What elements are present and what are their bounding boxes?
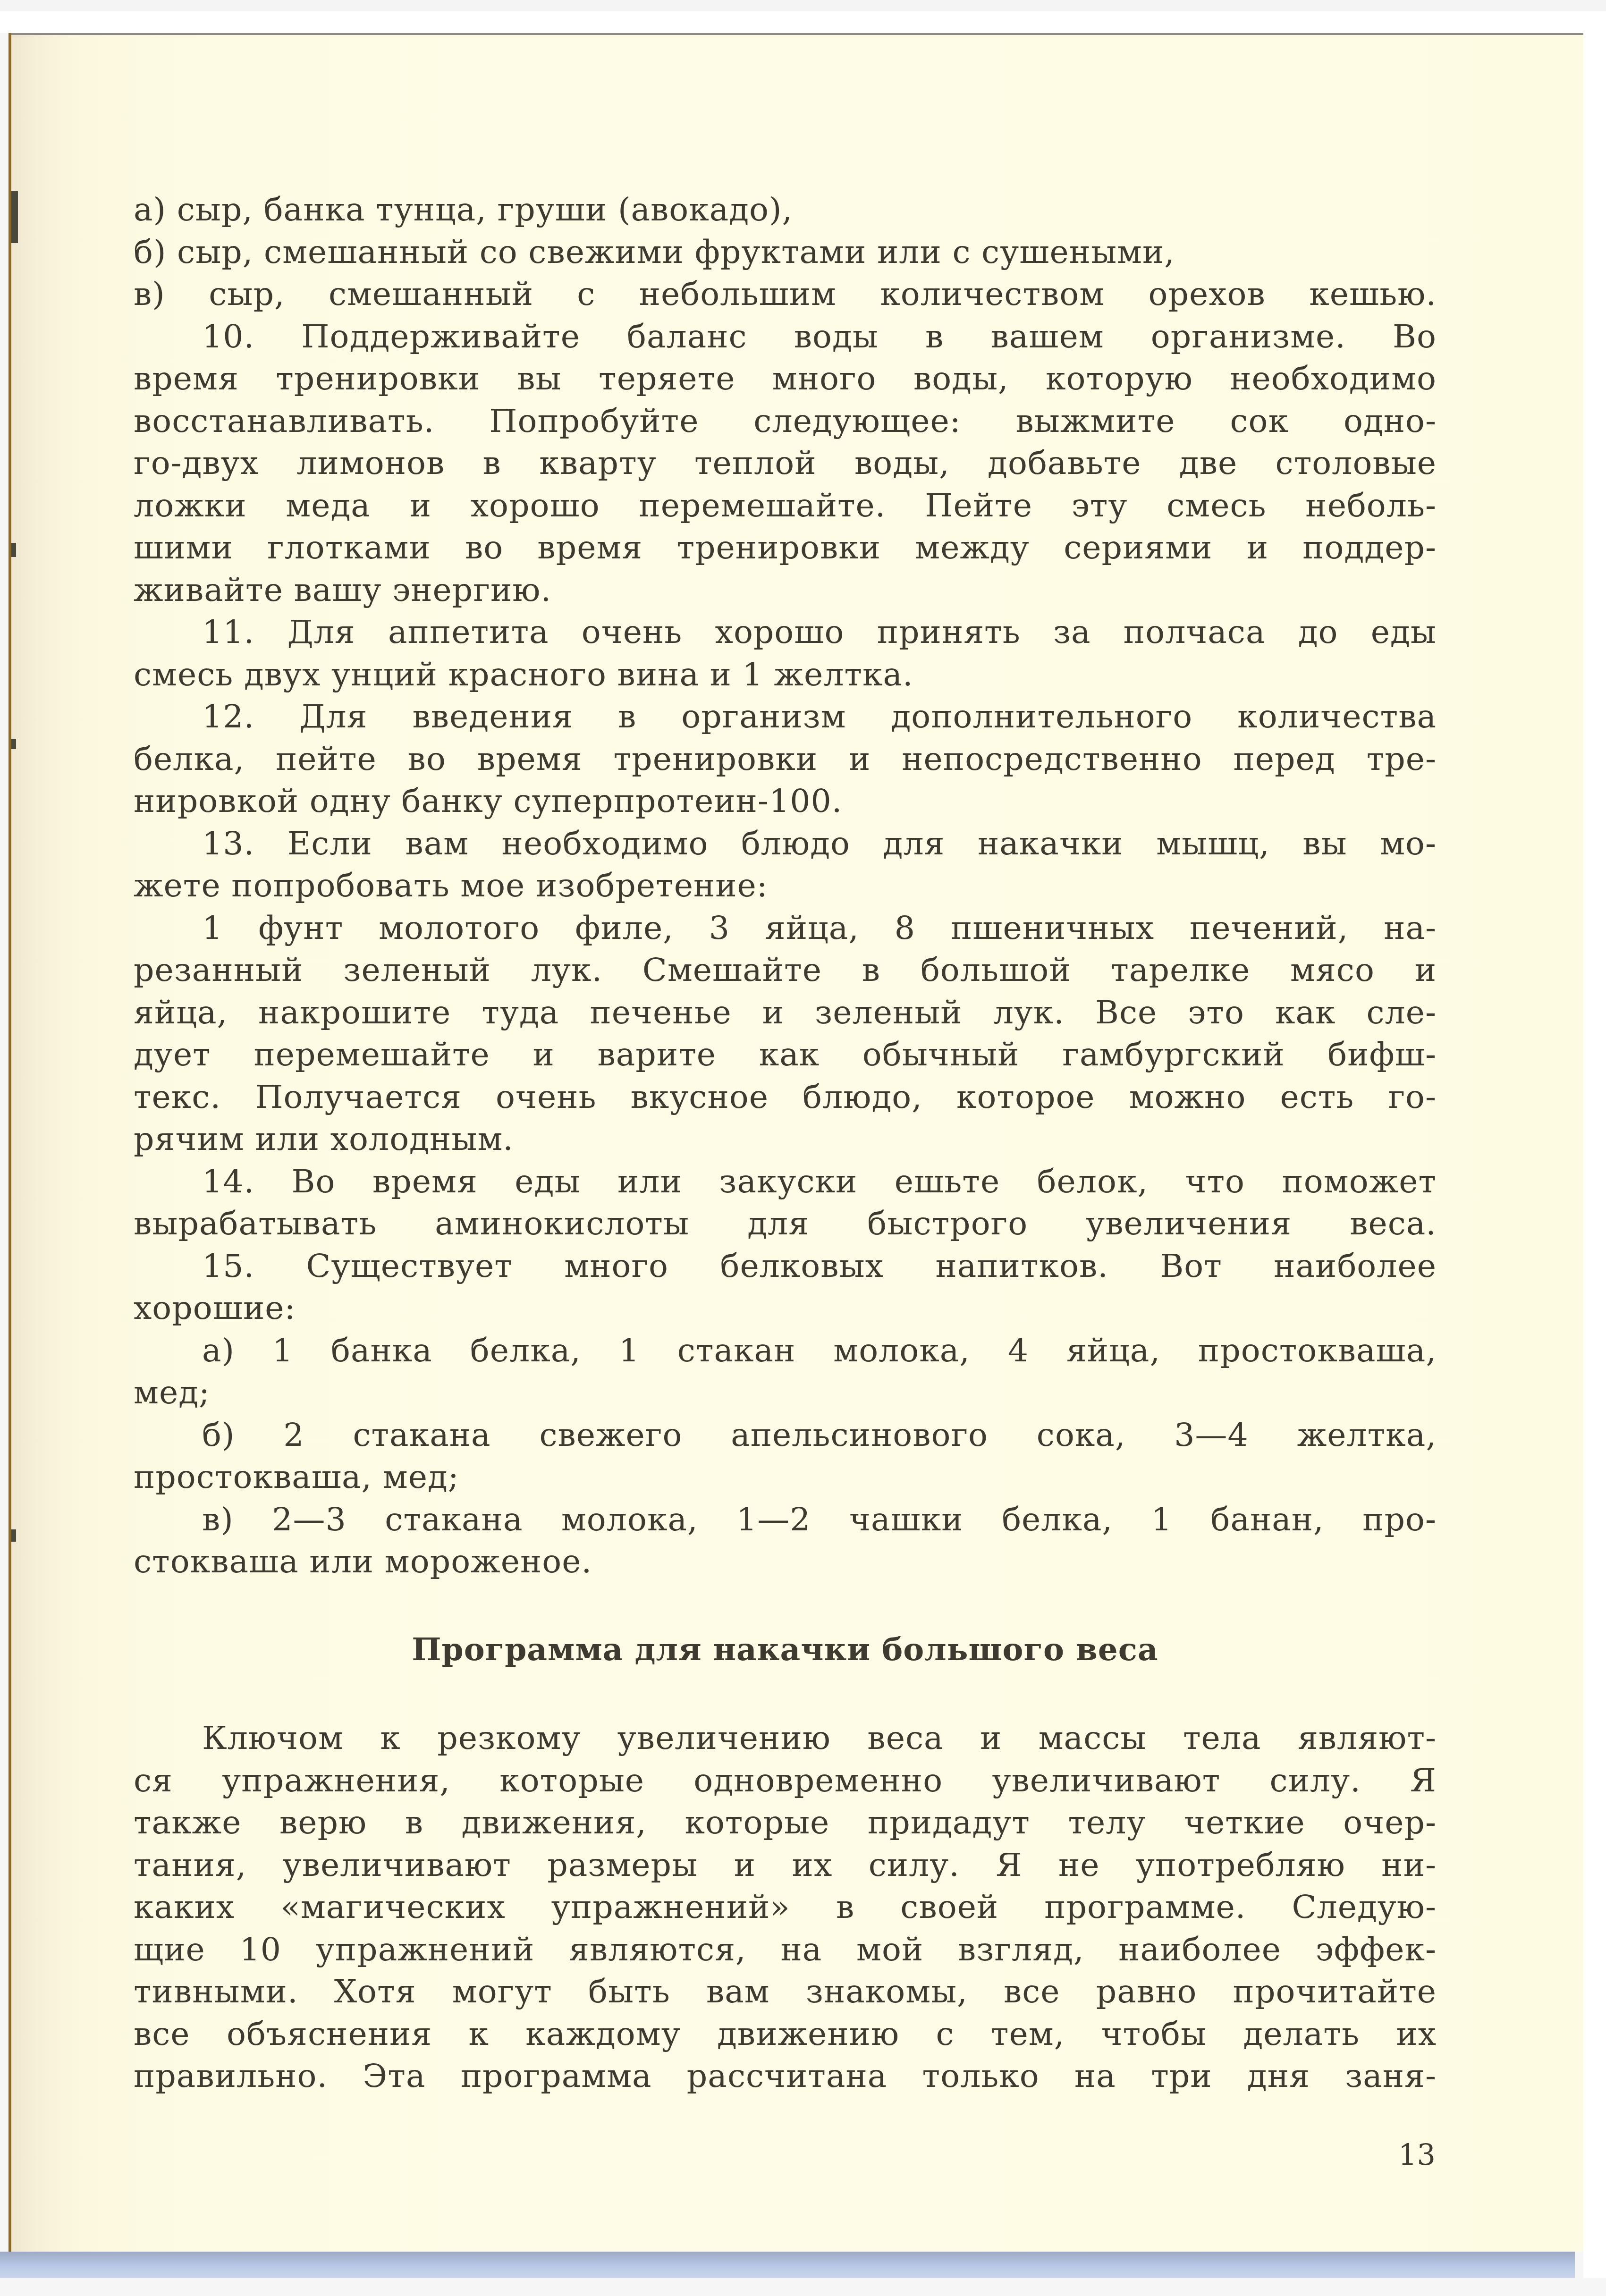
body-text-section-1: а) сыр, банка тунца, груши (авокадо),б) … <box>134 189 1437 1583</box>
text-line: белка, пейте во время тренировки и непос… <box>134 738 1437 781</box>
text-line: жете попробовать мое изобретение: <box>134 865 1437 907</box>
text-line: 10. Поддерживайте баланс воды в вашем ор… <box>134 316 1437 358</box>
text-line: все объяснения к каждому движению с тем,… <box>134 2013 1437 2056</box>
scan-white-band <box>0 11 1606 33</box>
page-number: 13 <box>1398 2137 1436 2172</box>
text-line: живайте вашу энергию. <box>134 569 1437 612</box>
text-line: нировкой одну банку суперпротеин-100. <box>134 780 1437 823</box>
text-line: а) 1 банка белка, 1 стакан молока, 4 яйц… <box>134 1330 1437 1372</box>
text-line: 11. Для аппетита очень хорошо принять за… <box>134 611 1437 654</box>
text-line: яйца, накрошите туда печенье и зеленый л… <box>134 992 1437 1034</box>
binding-staple-mark <box>11 739 16 749</box>
text-line: рячим или холодным. <box>134 1118 1437 1161</box>
text-line: каких «магических упражнений» в своей пр… <box>134 1886 1437 1929</box>
text-line: мед; <box>134 1372 1437 1414</box>
text-line: восстанавливать. Попробуйте следующее: в… <box>134 400 1437 443</box>
text-line: б) сыр, смешанный со свежими фруктами ил… <box>134 231 1437 274</box>
scan-bottom-margin <box>0 2278 1606 2296</box>
scan-right-margin <box>1583 11 1606 2296</box>
text-line: 13. Если вам необходимо блюдо для накачк… <box>134 823 1437 865</box>
text-line: тания, увеличивают размеры и их силу. Я … <box>134 1844 1437 1887</box>
text-line: правильно. Эта программа рассчитана толь… <box>134 2055 1437 2098</box>
text-line: стокваша или мороженое. <box>134 1541 1437 1583</box>
text-line: 14. Во время еды или закуски ешьте белок… <box>134 1161 1437 1203</box>
binding-staple-mark <box>11 543 16 557</box>
text-line: 15. Существует много белковых напитков. … <box>134 1245 1437 1288</box>
text-line: 12. Для введения в организм дополнительн… <box>134 696 1437 738</box>
text-line: го-двух лимонов в кварту теплой воды, до… <box>134 442 1437 485</box>
text-line: шими глотками во время тренировки между … <box>134 527 1437 569</box>
text-line: щие 10 упражнений являются, на мой взгля… <box>134 1929 1437 1971</box>
binding-staple-mark <box>11 191 18 243</box>
section-heading: Программа для накачки большого веса <box>134 1631 1437 1668</box>
text-line: Ключом к резкому увеличению веса и массы… <box>134 1717 1437 1760</box>
text-line: хорошие: <box>134 1287 1437 1330</box>
body-text-section-2: Ключом к резкому увеличению веса и массы… <box>134 1717 1437 2098</box>
text-line: в) 2—3 стакана молока, 1—2 чашки белка, … <box>134 1499 1437 1541</box>
text-line: также верю в движения, которые придадут … <box>134 1802 1437 1844</box>
text-line: ложки меда и хорошо перемешайте. Пейте э… <box>134 485 1437 527</box>
text-line: вырабатывать аминокислоты для быстрого у… <box>134 1203 1437 1245</box>
text-line: ся упражнения, которые одновременно увел… <box>134 1760 1437 1802</box>
scan-bottom-shadow <box>0 2252 1575 2278</box>
text-line: тивными. Хотя могут быть вам знакомы, вс… <box>134 1971 1437 2013</box>
binding-staple-mark <box>11 1529 16 1542</box>
text-line: смесь двух унций красного вина и 1 желтк… <box>134 654 1437 696</box>
text-line: в) сыр, смешанный с небольшим количество… <box>134 273 1437 316</box>
text-line: дует перемешайте и варите как обычный га… <box>134 1034 1437 1076</box>
text-line: резанный зеленый лук. Смешайте в большой… <box>134 949 1437 992</box>
text-line: время тренировки вы теряете много воды, … <box>134 358 1437 400</box>
text-line: простокваша, мед; <box>134 1456 1437 1499</box>
scan-top-margin <box>0 0 1606 11</box>
text-line: а) сыр, банка тунца, груши (авокадо), <box>134 189 1437 231</box>
text-line: текс. Получается очень вкусное блюдо, ко… <box>134 1076 1437 1119</box>
page-binding-edge <box>8 33 11 2252</box>
text-line: б) 2 стакана свежего апельсинового сока,… <box>134 1414 1437 1457</box>
text-line: 1 фунт молотого филе, 3 яйца, 8 пшеничны… <box>134 907 1437 950</box>
